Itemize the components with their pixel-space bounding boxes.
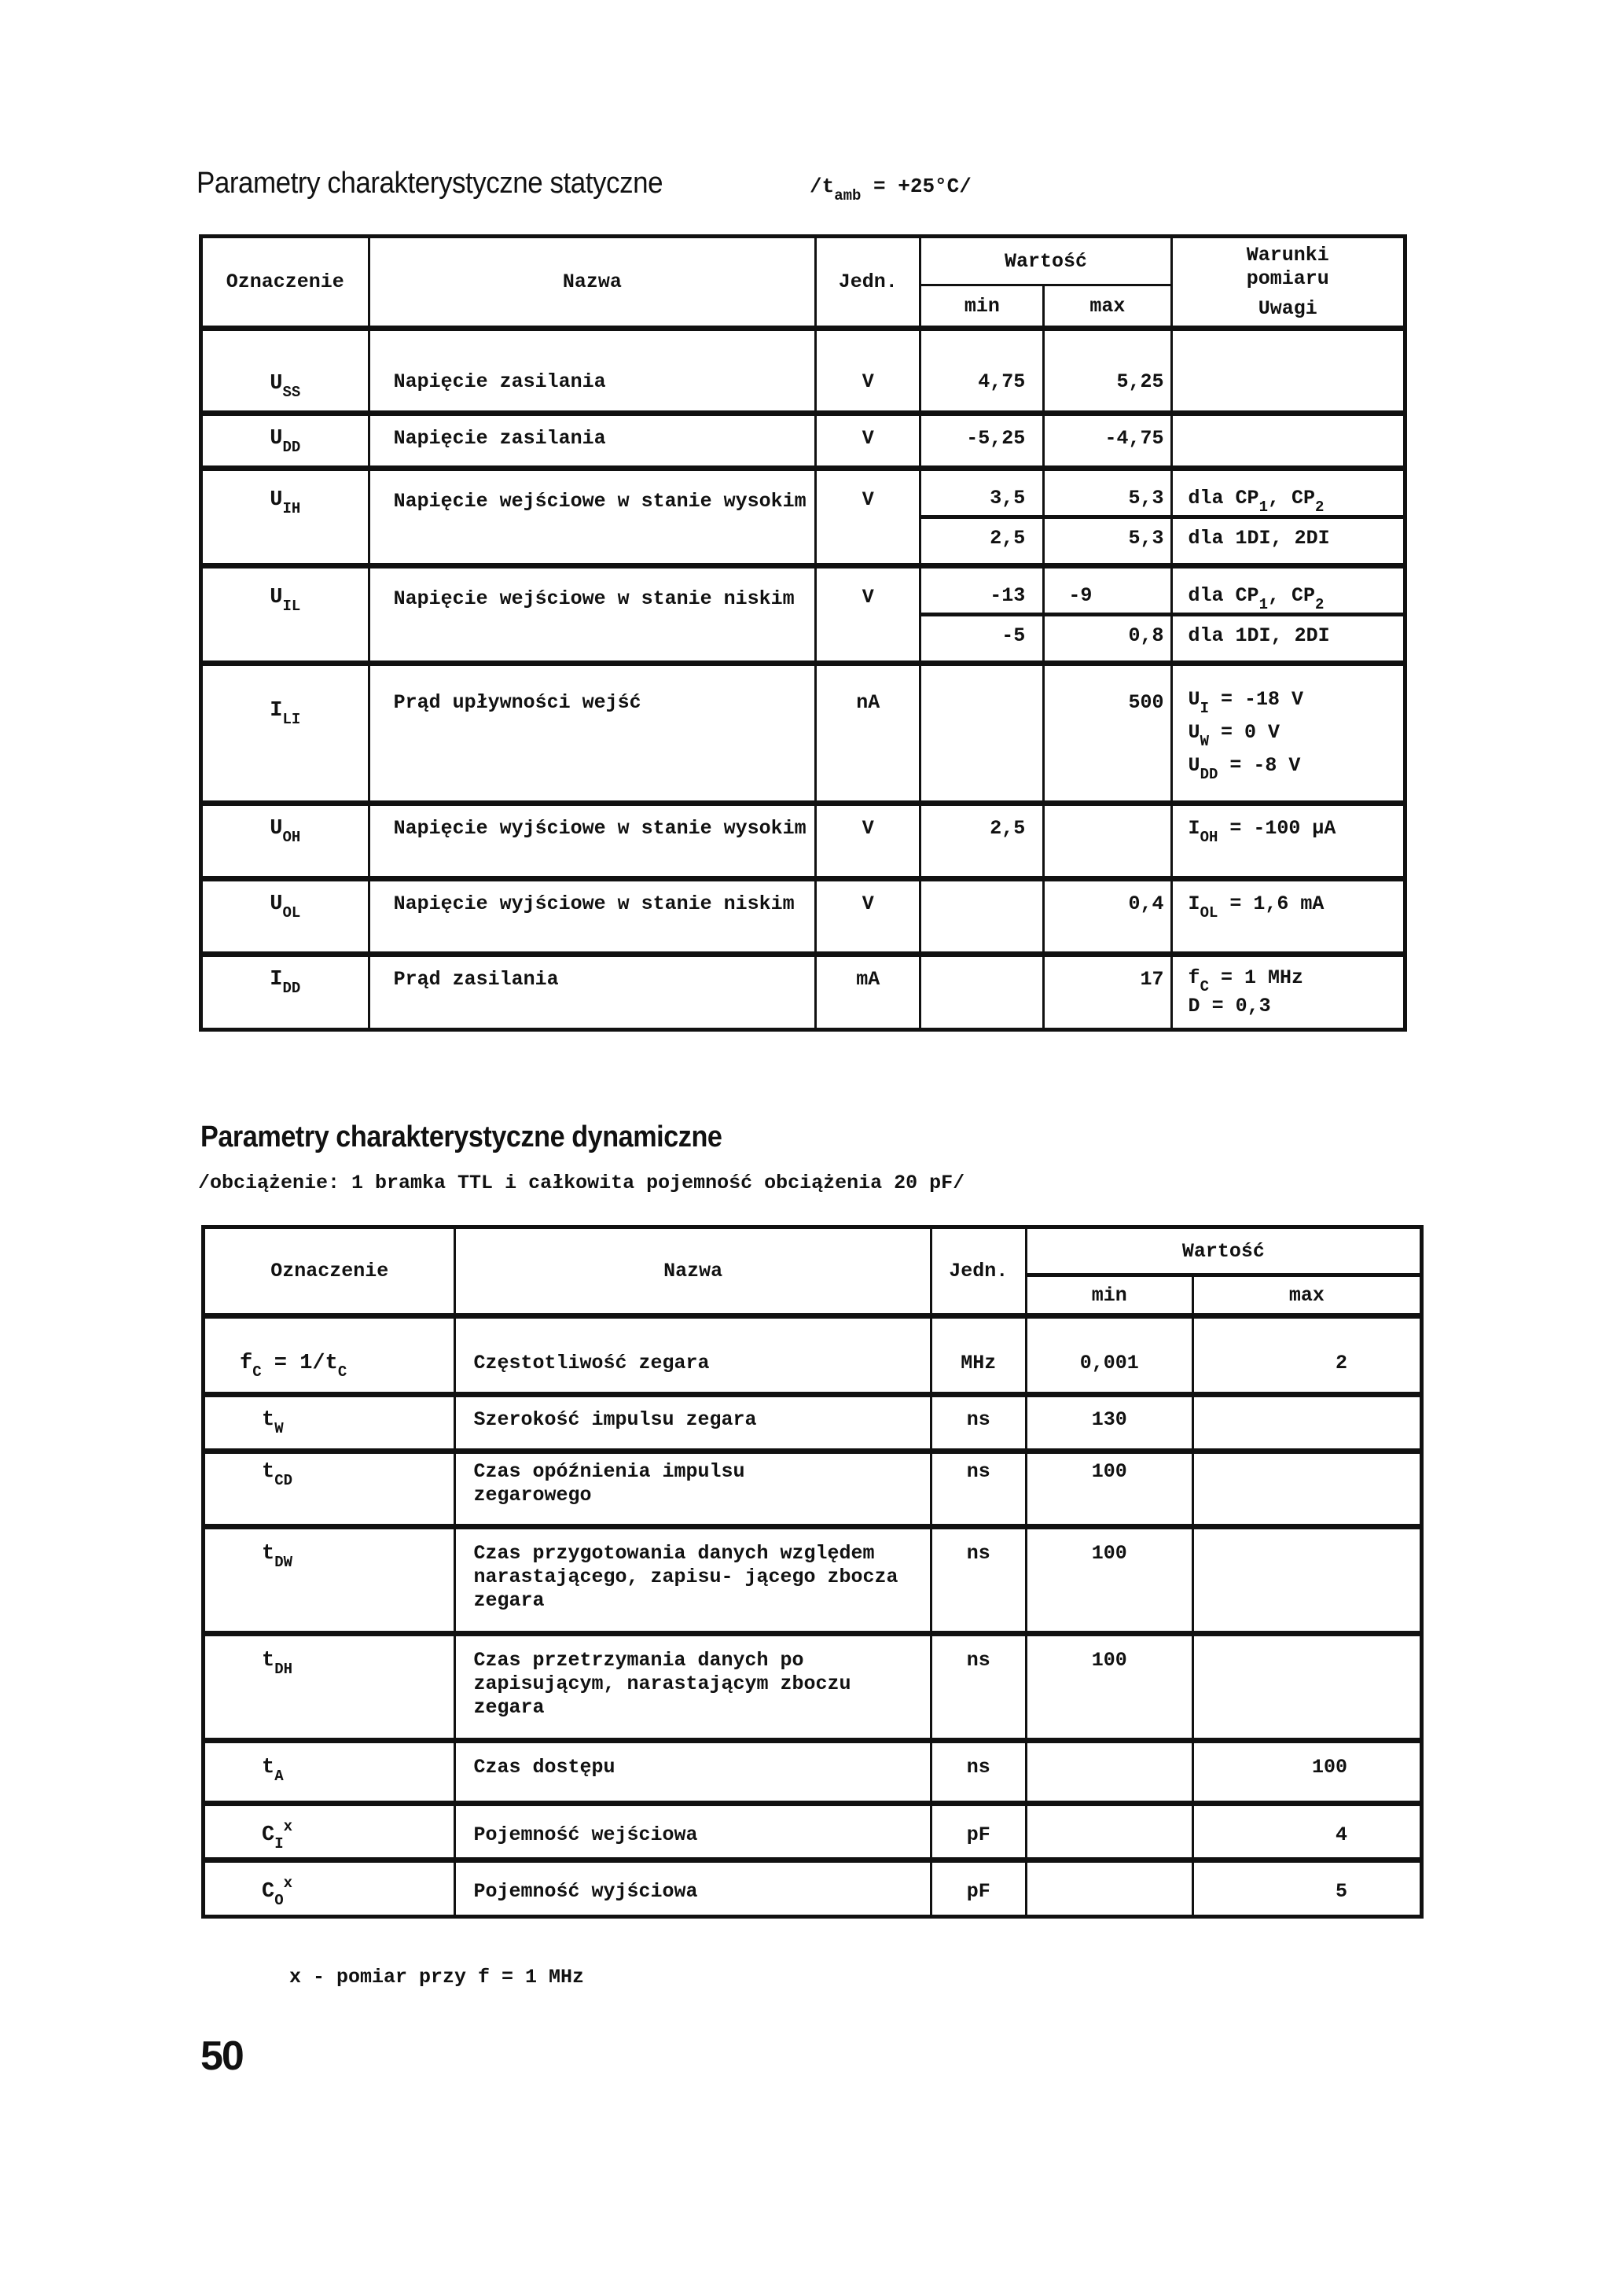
max-cell: 0,4 xyxy=(1044,879,1171,955)
static-params-title: Parametry charakterystyczne statyczne xyxy=(197,167,663,201)
symbol-cell: tDW xyxy=(204,1527,455,1634)
name-cell: Napięcie wyjściowe w stanie niskim xyxy=(369,879,816,955)
name-cell: Czas dostępu xyxy=(455,1741,931,1804)
name-cell: Napięcie wejściowe w stanie wysokim xyxy=(369,469,816,566)
condition-sub: amb xyxy=(834,187,861,204)
symbol-cell: tDH xyxy=(204,1634,455,1741)
symbol-cell: IDD xyxy=(201,955,369,1030)
condition-line: fC = 1 MHz xyxy=(1189,962,1403,995)
min-cell: -13 xyxy=(920,566,1044,615)
condition-line: UI = -18 V xyxy=(1189,683,1403,716)
unit-cell: ns xyxy=(931,1527,1026,1634)
conditions-cell: fC = 1 MHz D = 0,3 xyxy=(1171,955,1405,1030)
table-row: tW Szerokość impulsu zegara ns 130 xyxy=(204,1395,1422,1452)
footnote: x - pomiar przy f = 1 MHz xyxy=(289,1966,584,1989)
unit-cell: pF xyxy=(931,1860,1026,1917)
min-cell: -5,25 xyxy=(920,414,1044,469)
max-cell: 5,3 xyxy=(1044,517,1171,566)
unit-cell: nA xyxy=(816,664,920,804)
max-cell: -4,75 xyxy=(1044,414,1171,469)
header-conditions-line2: pomiaru xyxy=(1173,267,1403,291)
name-cell: Czas przygotowania danych względem naras… xyxy=(455,1527,931,1634)
conditions-cell: IOH = -100 µA xyxy=(1171,804,1405,879)
min-cell: 2,5 xyxy=(920,804,1044,879)
conditions-cell xyxy=(1171,329,1405,414)
max-cell: 500 xyxy=(1044,664,1171,804)
table-row: UIH Napięcie wejściowe w stanie wysokim … xyxy=(201,469,1405,517)
min-cell: 130 xyxy=(1026,1395,1192,1452)
symbol-cell: ILI xyxy=(201,664,369,804)
max-cell xyxy=(1192,1395,1421,1452)
header-symbol: Oznaczenie xyxy=(201,237,369,329)
name-cell: Pojemność wejściowa xyxy=(455,1804,931,1860)
min-cell xyxy=(920,955,1044,1030)
table-row: tDH Czas przetrzymania danych po zapisuj… xyxy=(204,1634,1422,1741)
max-cell: 5,25 xyxy=(1044,329,1171,414)
conditions-cell: IOL = 1,6 mA xyxy=(1171,879,1405,955)
min-cell: 0,001 xyxy=(1026,1316,1192,1395)
max-cell xyxy=(1192,1452,1421,1527)
symbol-cell: tW xyxy=(204,1395,455,1452)
symbol-cell: USS xyxy=(201,329,369,414)
conditions-cell xyxy=(1171,414,1405,469)
table-row: UOH Napięcie wyjściowe w stanie wysokim … xyxy=(201,804,1405,879)
unit-cell: V xyxy=(816,329,920,414)
name-cell: Pojemność wyjściowa xyxy=(455,1860,931,1917)
static-params-condition: /tamb = +25°C/ xyxy=(810,175,972,198)
min-cell xyxy=(920,879,1044,955)
header-unit: Jedn. xyxy=(816,237,920,329)
min-cell xyxy=(1026,1741,1192,1804)
min-cell xyxy=(1026,1804,1192,1860)
min-cell xyxy=(920,664,1044,804)
unit-cell: ns xyxy=(931,1395,1026,1452)
min-cell: 100 xyxy=(1026,1452,1192,1527)
conditions-cell: dla CP1, CP2 xyxy=(1171,566,1405,615)
condition-suffix: = +25°C/ xyxy=(861,175,971,198)
header-name: Nazwa xyxy=(369,237,816,329)
max-cell: 17 xyxy=(1044,955,1171,1030)
unit-cell: pF xyxy=(931,1804,1026,1860)
max-cell: 4 xyxy=(1192,1804,1421,1860)
name-cell: Czas opóźnienia impulsu zegarowego xyxy=(455,1452,931,1527)
table-row: UOL Napięcie wyjściowe w stanie niskim V… xyxy=(201,879,1405,955)
table-row: USS Napięcie zasilania V 4,75 5,25 xyxy=(201,329,1405,414)
name-cell: Prąd zasilania xyxy=(369,955,816,1030)
symbol-cell: UOL xyxy=(201,879,369,955)
dynamic-params-title: Parametry charakterystyczne dynamiczne xyxy=(200,1120,722,1154)
conditions-cell: UI = -18 V UW = 0 V UDD = -8 V xyxy=(1171,664,1405,804)
table-row: UIL Napięcie wejściowe w stanie niskim V… xyxy=(201,566,1405,615)
static-params-table: Oznaczenie Nazwa Jedn. Wartość Warunki p… xyxy=(199,234,1407,1032)
unit-cell: V xyxy=(816,566,920,664)
table-row: ILI Prąd upływności wejść nA 500 UI = -1… xyxy=(201,664,1405,804)
symbol-cell: UDD xyxy=(201,414,369,469)
conditions-cell: dla CP1, CP2 xyxy=(1171,469,1405,517)
header-symbol: Oznaczenie xyxy=(204,1227,455,1316)
unit-cell: ns xyxy=(931,1741,1026,1804)
header-name: Nazwa xyxy=(455,1227,931,1316)
symbol-cell: UIL xyxy=(201,566,369,664)
name-cell: Napięcie wejściowe w stanie niskim xyxy=(369,566,816,664)
max-cell: 2 xyxy=(1192,1316,1421,1395)
min-cell: 100 xyxy=(1026,1634,1192,1741)
symbol-cell: tA xyxy=(204,1741,455,1804)
unit-cell: V xyxy=(816,879,920,955)
max-cell xyxy=(1044,804,1171,879)
unit-cell: mA xyxy=(816,955,920,1030)
max-cell xyxy=(1192,1634,1421,1741)
unit-cell: ns xyxy=(931,1452,1026,1527)
min-cell: 3,5 xyxy=(920,469,1044,517)
page-number: 50 xyxy=(200,2033,243,2080)
name-cell: Napięcie zasilania xyxy=(369,329,816,414)
header-value: Wartość xyxy=(1026,1227,1421,1275)
unit-cell: V xyxy=(816,469,920,566)
name-cell: Napięcie zasilania xyxy=(369,414,816,469)
symbol-cell: fC = 1/tC xyxy=(204,1316,455,1395)
min-cell: 100 xyxy=(1026,1527,1192,1634)
condition-line: UW = 0 V xyxy=(1189,716,1403,749)
condition-line: D = 0,3 xyxy=(1189,995,1403,1018)
table-row: CIx Pojemność wejściowa pF 4 xyxy=(204,1804,1422,1860)
condition-line: UDD = -8 V xyxy=(1189,749,1403,782)
max-cell xyxy=(1192,1527,1421,1634)
table-row: IDD Prąd zasilania mA 17 fC = 1 MHz D = … xyxy=(201,955,1405,1030)
header-conditions: Warunki pomiaru Uwagi xyxy=(1171,237,1405,329)
unit-cell: V xyxy=(816,414,920,469)
name-cell: Napięcie wyjściowe w stanie wysokim xyxy=(369,804,816,879)
table-row: tDW Czas przygotowania danych względem n… xyxy=(204,1527,1422,1634)
symbol-cell: CIx xyxy=(204,1804,455,1860)
header-max: max xyxy=(1192,1275,1421,1316)
symbol-cell: UOH xyxy=(201,804,369,879)
max-cell: 5 xyxy=(1192,1860,1421,1917)
name-cell: Prąd upływności wejść xyxy=(369,664,816,804)
table-row: fC = 1/tC Częstotliwość zegara MHz 0,001… xyxy=(204,1316,1422,1395)
dynamic-params-table: Oznaczenie Nazwa Jedn. Wartość min max f… xyxy=(201,1225,1424,1919)
table-row: tA Czas dostępu ns 100 xyxy=(204,1741,1422,1804)
max-cell: -9 xyxy=(1044,566,1171,615)
max-cell: 0,8 xyxy=(1044,615,1171,664)
min-cell xyxy=(1026,1860,1192,1917)
conditions-cell: dla 1DI, 2DI xyxy=(1171,615,1405,664)
header-conditions-line1: Warunki xyxy=(1173,244,1403,267)
table-row: tCD Czas opóźnienia impulsu zegarowego n… xyxy=(204,1452,1422,1527)
header-min: min xyxy=(920,285,1044,329)
table-row: COx Pojemność wyjściowa pF 5 xyxy=(204,1860,1422,1917)
name-cell: Częstotliwość zegara xyxy=(455,1316,931,1395)
unit-cell: MHz xyxy=(931,1316,1026,1395)
min-cell: 4,75 xyxy=(920,329,1044,414)
header-min: min xyxy=(1026,1275,1192,1316)
max-cell: 100 xyxy=(1192,1741,1421,1804)
max-cell: 5,3 xyxy=(1044,469,1171,517)
table-row: UDD Napięcie zasilania V -5,25 -4,75 xyxy=(201,414,1405,469)
symbol-cell: COx xyxy=(204,1860,455,1917)
min-cell: -5 xyxy=(920,615,1044,664)
header-unit: Jedn. xyxy=(931,1227,1026,1316)
name-cell: Czas przetrzymania danych po zapisującym… xyxy=(455,1634,931,1741)
conditions-cell: dla 1DI, 2DI xyxy=(1171,517,1405,566)
header-conditions-line3: Uwagi xyxy=(1173,297,1403,321)
unit-cell: V xyxy=(816,804,920,879)
header-max: max xyxy=(1044,285,1171,329)
symbol-cell: tCD xyxy=(204,1452,455,1527)
symbol-cell: UIH xyxy=(201,469,369,566)
name-cell: Szerokość impulsu zegara xyxy=(455,1395,931,1452)
min-cell: 2,5 xyxy=(920,517,1044,566)
dynamic-params-subtitle: /obciążenie: 1 bramka TTL i całkowita po… xyxy=(198,1172,964,1194)
unit-cell: ns xyxy=(931,1634,1026,1741)
header-value: Wartość xyxy=(920,237,1171,285)
condition-prefix: /t xyxy=(810,175,834,198)
